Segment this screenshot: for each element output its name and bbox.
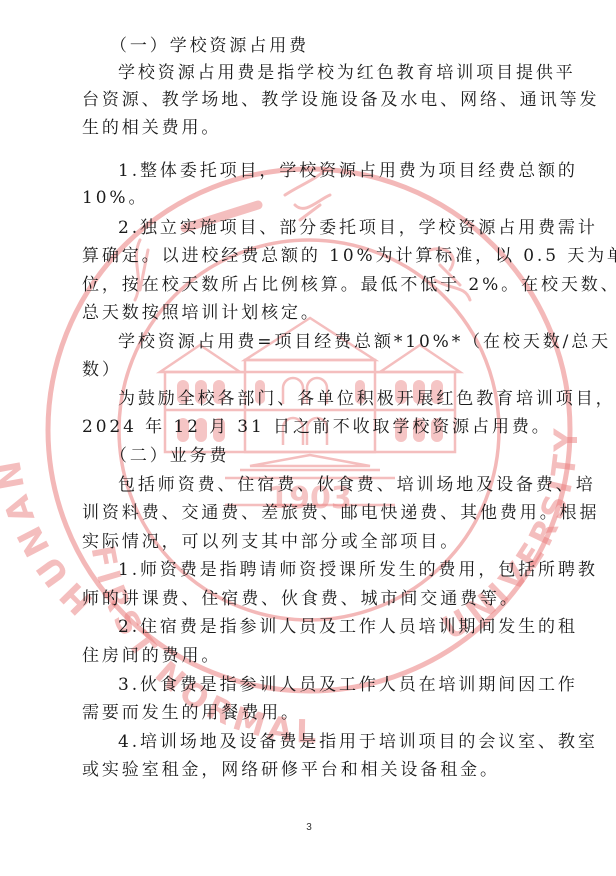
text-line: 1.师资费是指聘请师资授课所发生的费用，包括所聘教 xyxy=(118,560,598,580)
text-line: 10%。 xyxy=(82,188,148,208)
text-line: 师的讲课费、住宿费、伙食费、城市间交通费等。 xyxy=(82,589,520,609)
text-line-heading-2: （二）业务费 xyxy=(110,446,229,466)
text-line: 需要而发生的用餐费用。 xyxy=(82,703,301,723)
text-line: 1.整体委托项目，学校资源占用费为项目经费总额的 xyxy=(118,161,578,181)
text-line: 总天数按照培训计划核定。 xyxy=(82,303,321,323)
text-line: 训资料费、交通费、差旅费、邮电快递费、其他费用。根据 xyxy=(82,503,599,523)
text-line: 学校资源占用费是指学校为红色教育培训项目提供平 xyxy=(118,63,576,83)
text-line: 住房间的费用。 xyxy=(82,646,221,666)
text-line: 生的相关费用。 xyxy=(82,118,221,138)
text-line-formula: 学校资源占用费=项目经费总额*10%*（在校天数/总天 xyxy=(118,332,611,352)
text-line: 3.伙食费是指参训人员及工作人员在培训期间因工作 xyxy=(118,675,578,695)
text-line: 2024 年 12 月 31 日之前不收取学校资源占用费。 xyxy=(82,417,552,437)
text-line: 为鼓励全校各部门、各单位积极开展红色教育培训项目， xyxy=(118,389,616,409)
text-line: 算确定。以进校经费总额的 10%为计算标准，以 0.5 天为单 xyxy=(82,246,616,266)
text-line: 或实验室租金，网络研修平台和相关设备租金。 xyxy=(82,760,500,780)
text-line: 台资源、教学场地、教学设施设备及水电、网络、通讯等发 xyxy=(82,90,599,110)
text-line-heading-1: （一）学校资源占用费 xyxy=(110,36,309,56)
text-line: 数） xyxy=(82,360,122,380)
document-page: 1903 HUNAN FIRST NORMAL UNIVERSITY （一）学校… xyxy=(0,0,616,876)
text-line: 包括师资费、住宿费、伙食费、培训场地及设备费、培 xyxy=(118,475,596,495)
page-number: 3 xyxy=(300,822,318,833)
text-line: 2.独立实施项目、部分委托项目，学校资源占用费需计 xyxy=(118,218,598,238)
text-line: 实际情况，可以列支其中部分或全部项目。 xyxy=(82,532,460,552)
text-line: 2.住宿费是指参训人员及工作人员培训期间发生的租 xyxy=(118,617,578,637)
text-line: 位，按在校天数所占比例核算。最低不低于 2%。在校天数、 xyxy=(82,275,616,295)
text-line: 4.培训场地及设备费是指用于培训项目的会议室、教室 xyxy=(118,732,598,752)
